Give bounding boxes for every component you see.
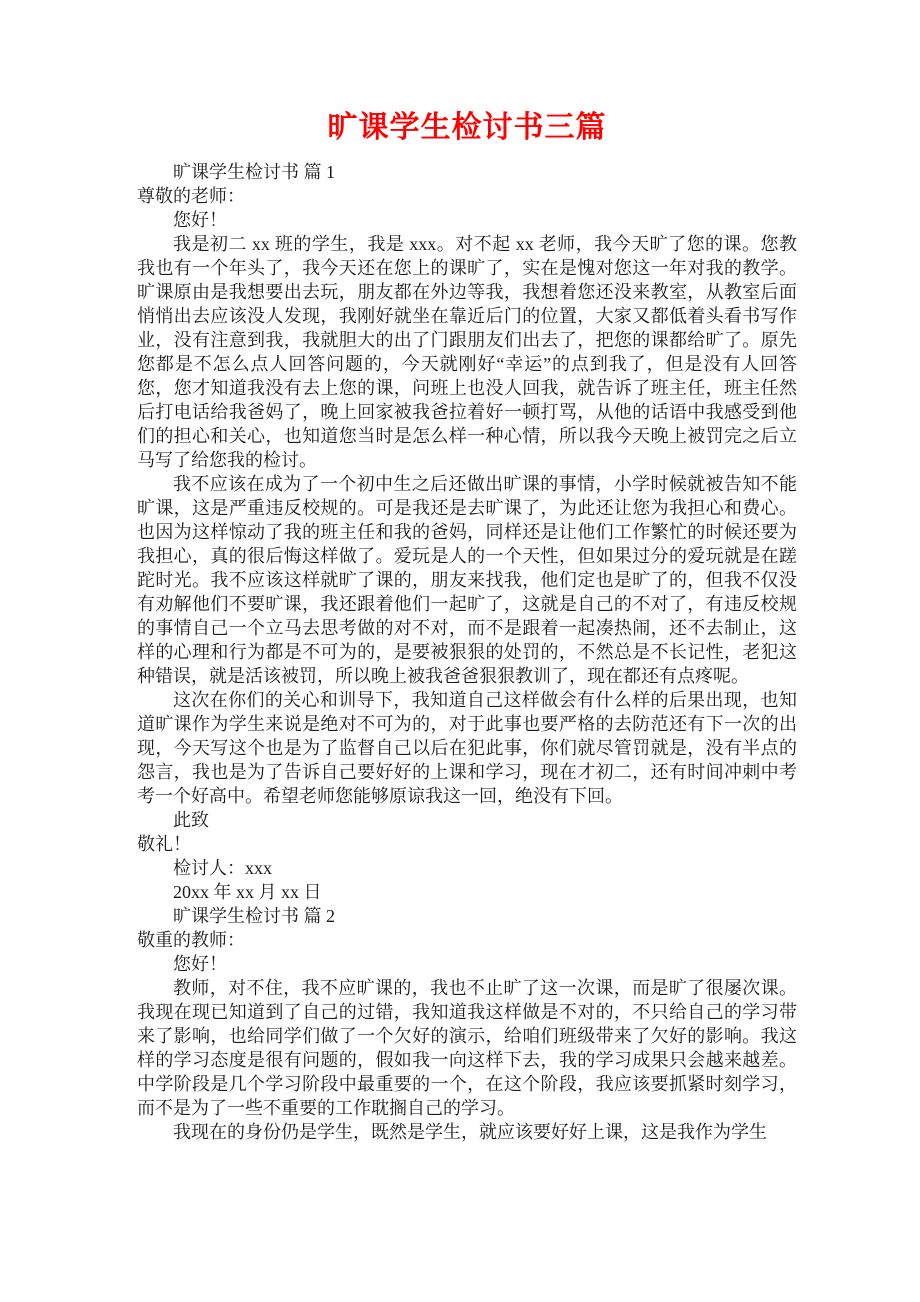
date-line: 20xx 年 xx 月 xx 日 <box>137 880 797 904</box>
paragraph: 这次在你们的关心和训导下，我知道自己这样做会有什么样的后果出现，也知道旷课作为学… <box>137 688 797 808</box>
closing-jingli: 敬礼！ <box>137 832 797 856</box>
signature-line: 检讨人：xxx <box>137 856 797 880</box>
salutation-2: 敬重的教师： <box>137 928 797 952</box>
greeting-1: 您好！ <box>137 208 797 232</box>
paragraph: 我不应该在成为了一个初中生之后还做出旷课的事情，小学时候就被告知不能旷课，这是严… <box>137 472 797 688</box>
section-heading-2: 旷课学生检讨书 篇 2 <box>137 904 797 928</box>
document-title: 旷课学生检讨书三篇 <box>137 106 797 150</box>
section-heading-1: 旷课学生检讨书 篇 1 <box>137 160 797 184</box>
document-body: 旷课学生检讨书 篇 1 尊敬的老师： 您好！ 我是初二 xx 班的学生，我是 x… <box>137 160 797 1144</box>
closing-cizhi: 此致 <box>137 808 797 832</box>
document-page: 旷课学生检讨书三篇 旷课学生检讨书 篇 1 尊敬的老师： 您好！ 我是初二 xx… <box>0 0 920 1302</box>
salutation-1: 尊敬的老师： <box>137 184 797 208</box>
paragraph: 我现在的身份仍是学生，既然是学生，就应该要好好上课，这是我作为学生 <box>137 1120 797 1144</box>
paragraph: 我是初二 xx 班的学生，我是 xxx。对不起 xx 老师，我今天旷了您的课。您… <box>137 232 797 472</box>
paragraph: 教师，对不住，我不应旷课的，我也不止旷了这一次课，而是旷了很屡次课。我现在现已知… <box>137 976 797 1120</box>
greeting-2: 您好！ <box>137 952 797 976</box>
